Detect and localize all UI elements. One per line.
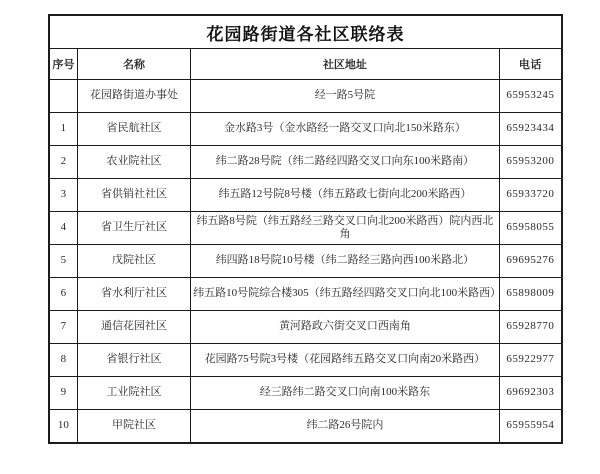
column-header-phone: 电话 [499, 49, 562, 80]
cell-address: 纬四路18号院10号楼（纬二路经三路向西100米路北） [191, 245, 500, 278]
cell-address: 纬二路28号院（纬二路经四路交叉口向东100米路南） [191, 146, 500, 179]
cell-phone: 65928770 [499, 311, 562, 344]
cell-phone: 65898009 [499, 278, 562, 311]
table-row: 花园路街道办事处经一路5号院65953245 [49, 80, 562, 113]
cell-address: 纬二路26号院内 [191, 410, 500, 443]
cell-index: 1 [49, 113, 77, 146]
cell-address: 金水路3号（金水路经一路交叉口向北150米路东） [191, 113, 500, 146]
cell-name: 甲院社区 [77, 410, 190, 443]
cell-index: 7 [49, 311, 77, 344]
cell-phone: 65922977 [499, 344, 562, 377]
cell-name: 农业院社区 [77, 146, 190, 179]
cell-index: 8 [49, 344, 77, 377]
cell-name: 戊院社区 [77, 245, 190, 278]
cell-phone: 65923434 [499, 113, 562, 146]
cell-name: 省卫生厅社区 [77, 212, 190, 245]
table-body: 花园路街道办事处经一路5号院659532451省民航社区金水路3号（金水路经一路… [49, 80, 562, 443]
document-page: 花园路街道各社区联络表 序号 名称 社区地址 电话 花园路街道办事处经一路5号院… [0, 0, 600, 474]
cell-name: 省供销社社区 [77, 179, 190, 212]
cell-index: 9 [49, 377, 77, 410]
table-row: 2农业院社区纬二路28号院（纬二路经四路交叉口向东100米路南）65953200 [49, 146, 562, 179]
cell-address: 经三路纬二路交叉口向南100米路东 [191, 377, 500, 410]
cell-name: 花园路街道办事处 [77, 80, 190, 113]
cell-name: 工业院社区 [77, 377, 190, 410]
column-header-name: 名称 [77, 49, 190, 80]
table-row: 3省供销社社区纬五路12号院8号楼（纬五路政七街向北200米路西）6593372… [49, 179, 562, 212]
cell-index: 6 [49, 278, 77, 311]
cell-address: 经一路5号院 [191, 80, 500, 113]
table-row: 9工业院社区经三路纬二路交叉口向南100米路东69692303 [49, 377, 562, 410]
cell-address: 纬五路8号院（纬五路经三路交叉口向北200米路西）院内西北角 [191, 212, 500, 245]
cell-index: 10 [49, 410, 77, 443]
cell-index: 2 [49, 146, 77, 179]
cell-address: 花园路75号院3号楼（花园路纬五路交叉口向南20米路西） [191, 344, 500, 377]
cell-phone: 65933720 [499, 179, 562, 212]
table-row: 8省银行社区花园路75号院3号楼（花园路纬五路交叉口向南20米路西）659229… [49, 344, 562, 377]
cell-phone: 65958055 [499, 212, 562, 245]
table-title-row: 花园路街道各社区联络表 [49, 15, 562, 49]
table-row: 1省民航社区金水路3号（金水路经一路交叉口向北150米路东）65923434 [49, 113, 562, 146]
cell-phone: 65953200 [499, 146, 562, 179]
cell-address: 纬五路12号院8号楼（纬五路政七街向北200米路西） [191, 179, 500, 212]
cell-phone: 65955954 [499, 410, 562, 443]
table-row: 7通信花园社区黄河路政六街交叉口西南角65928770 [49, 311, 562, 344]
table-row: 4省卫生厅社区纬五路8号院（纬五路经三路交叉口向北200米路西）院内西北角659… [49, 212, 562, 245]
column-header-index: 序号 [49, 49, 77, 80]
cell-index [49, 80, 77, 113]
cell-phone: 65953245 [499, 80, 562, 113]
table-row: 5戊院社区纬四路18号院10号楼（纬二路经三路向西100米路北）69695276 [49, 245, 562, 278]
table-row: 10甲院社区纬二路26号院内65955954 [49, 410, 562, 443]
table-row: 6省水利厅社区纬五路10号院综合楼305（纬五路经四路交叉口向北100米路西）6… [49, 278, 562, 311]
cell-phone: 69695276 [499, 245, 562, 278]
community-contact-table: 花园路街道各社区联络表 序号 名称 社区地址 电话 花园路街道办事处经一路5号院… [48, 14, 563, 444]
table-header-row: 序号 名称 社区地址 电话 [49, 49, 562, 80]
cell-index: 5 [49, 245, 77, 278]
cell-name: 省水利厅社区 [77, 278, 190, 311]
cell-index: 3 [49, 179, 77, 212]
cell-phone: 69692303 [499, 377, 562, 410]
cell-index: 4 [49, 212, 77, 245]
column-header-address: 社区地址 [191, 49, 500, 80]
cell-address: 黄河路政六街交叉口西南角 [191, 311, 500, 344]
table-title: 花园路街道各社区联络表 [49, 15, 562, 49]
cell-name: 省民航社区 [77, 113, 190, 146]
cell-name: 省银行社区 [77, 344, 190, 377]
cell-name: 通信花园社区 [77, 311, 190, 344]
cell-address: 纬五路10号院综合楼305（纬五路经四路交叉口向北100米路西） [191, 278, 500, 311]
